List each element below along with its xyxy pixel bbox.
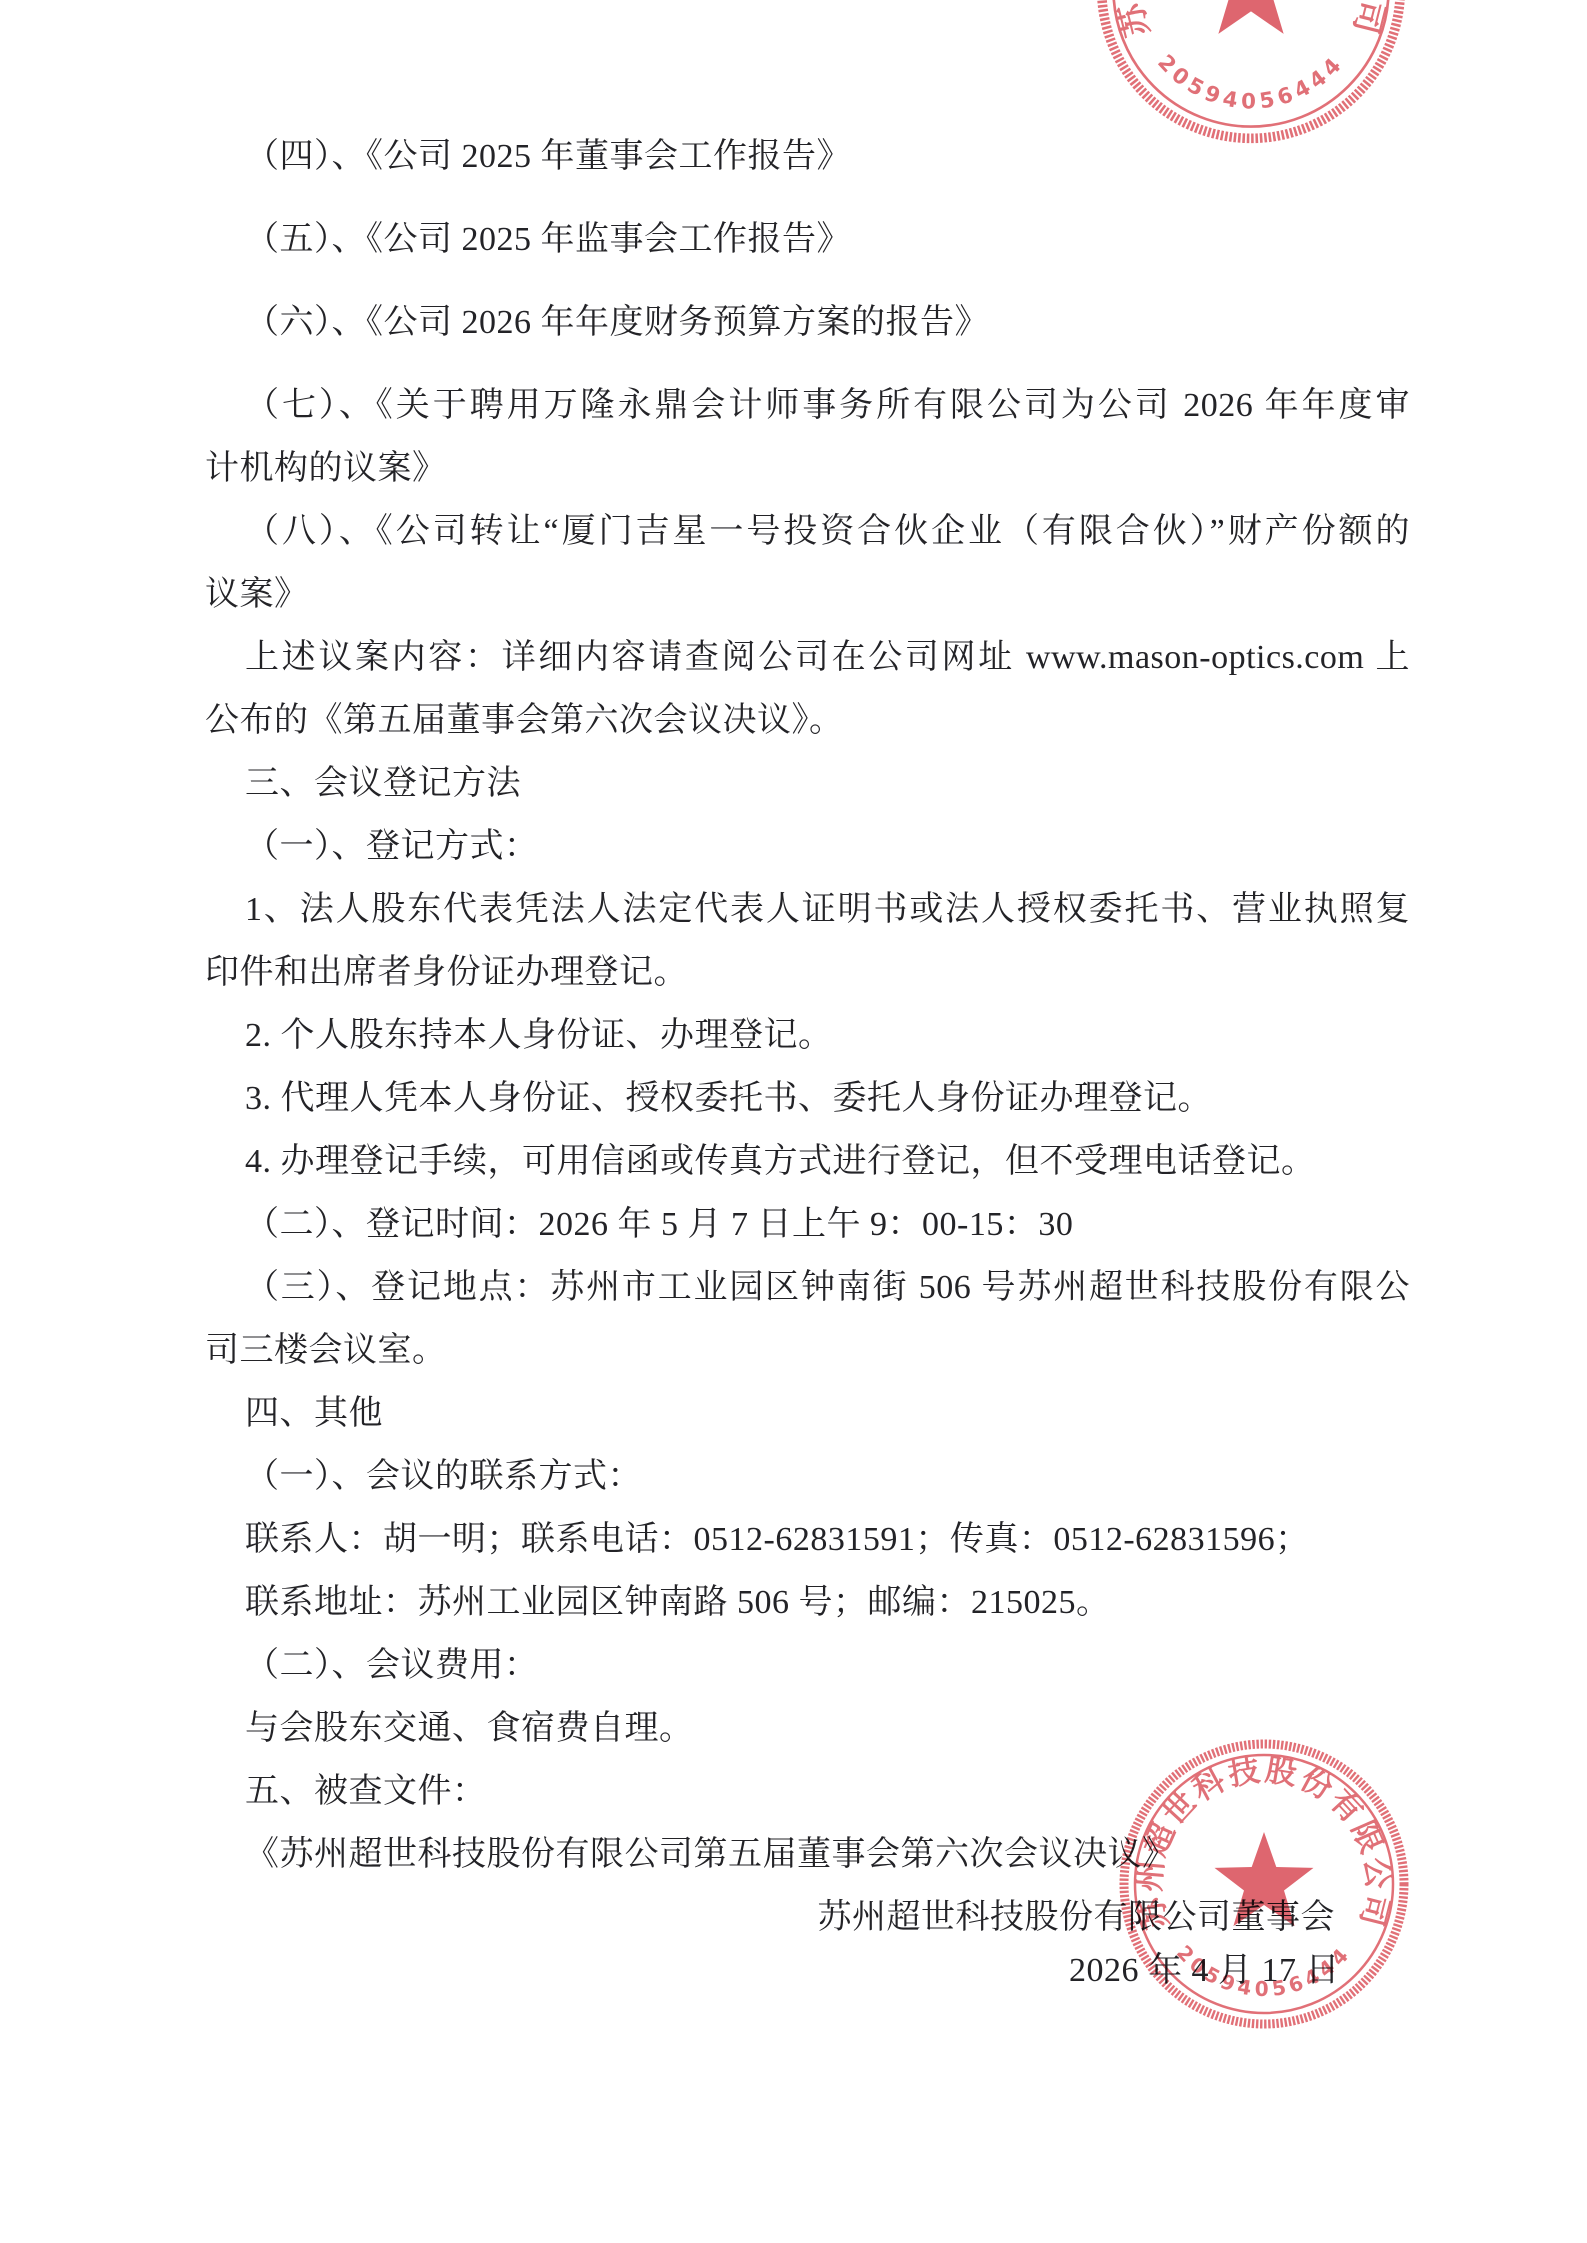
document-lines: （四）、《公司 2025 年董事会工作报告》（五）、《公司 2025 年监事会工…	[205, 136, 1410, 2013]
doc-line: 三、会议登记方法	[205, 763, 1410, 826]
doc-line: 2. 个人股东持本人身份证、办理登记。	[205, 1015, 1410, 1078]
doc-line: 议案》	[205, 574, 1410, 637]
doc-line: （一）、登记方式：	[205, 826, 1410, 889]
signature-company-line: 苏州超世科技股份有限公司董事会	[205, 1897, 1410, 1950]
doc-line: 3. 代理人凭本人身份证、授权委托书、委托人身份证办理登记。	[205, 1078, 1410, 1141]
doc-line: 1、法人股东代表凭法人法定代表人证明书或法人授权委托书、营业执照复	[205, 889, 1410, 952]
doc-line: 4. 办理登记手续，可用信函或传真方式进行登记，但不受理电话登记。	[205, 1141, 1410, 1204]
doc-line: 印件和出席者身份证办理登记。	[205, 952, 1410, 1015]
signature-date-line: 2026 年 4 月 17 日	[205, 1950, 1410, 2013]
doc-line: （七）、《关于聘用万隆永鼎会计师事务所有限公司为公司 2026 年年度审	[205, 385, 1410, 448]
doc-line: 公布的《第五届董事会第六次会议决议》。	[205, 700, 1410, 763]
doc-line: 计机构的议案》	[205, 448, 1410, 511]
seal-serial-arc-text: 3205940564449	[1091, 0, 1350, 114]
seal-company-arc-text: 苏州超世科技股份有限公司	[1109, 0, 1393, 41]
seal-inner-ring	[1113, 0, 1388, 127]
doc-line: （五）、《公司 2025 年监事会工作报告》	[205, 219, 1410, 302]
doc-line: 《苏州超世科技股份有限公司第五届董事会第六次会议决议》	[205, 1834, 1410, 1897]
doc-line: 四、其他	[205, 1393, 1410, 1456]
doc-line: 五、被查文件：	[205, 1771, 1410, 1834]
company-seal-top: 苏州超世科技股份有限公司 3205940564449	[1091, 0, 1411, 149]
doc-line: 与会股东交通、食宿费自理。	[205, 1708, 1410, 1771]
doc-line: （三）、登记地点：苏州市工业园区钟南街 506 号苏州超世科技股份有限公	[205, 1267, 1410, 1330]
doc-line: （二）、会议费用：	[205, 1645, 1410, 1708]
seal-outer-ring	[1102, 0, 1401, 138]
doc-line: 联系人：胡一明；联系电话：0512-62831591；传真：0512-62831…	[205, 1519, 1410, 1582]
doc-line: 司三楼会议室。	[205, 1330, 1410, 1393]
star-icon	[1198, 0, 1304, 34]
doc-line: （四）、《公司 2025 年董事会工作报告》	[205, 136, 1410, 219]
doc-line: （八）、《公司转让“厦门吉星一号投资合伙企业（有限合伙）”财产份额的	[205, 511, 1410, 574]
scanned-document-page: （四）、《公司 2025 年董事会工作报告》（五）、《公司 2025 年监事会工…	[0, 0, 1587, 2243]
doc-line: （一）、会议的联系方式：	[205, 1456, 1410, 1519]
doc-line: 上述议案内容：详细内容请查阅公司在公司网址 www.mason-optics.c…	[205, 637, 1410, 700]
doc-line: 联系地址：苏州工业园区钟南路 506 号；邮编：215025。	[205, 1582, 1410, 1645]
doc-line: （二）、登记时间：2026 年 5 月 7 日上午 9：00-15：30	[205, 1204, 1410, 1267]
doc-line: （六）、《公司 2026 年年度财务预算方案的报告》	[205, 302, 1410, 385]
